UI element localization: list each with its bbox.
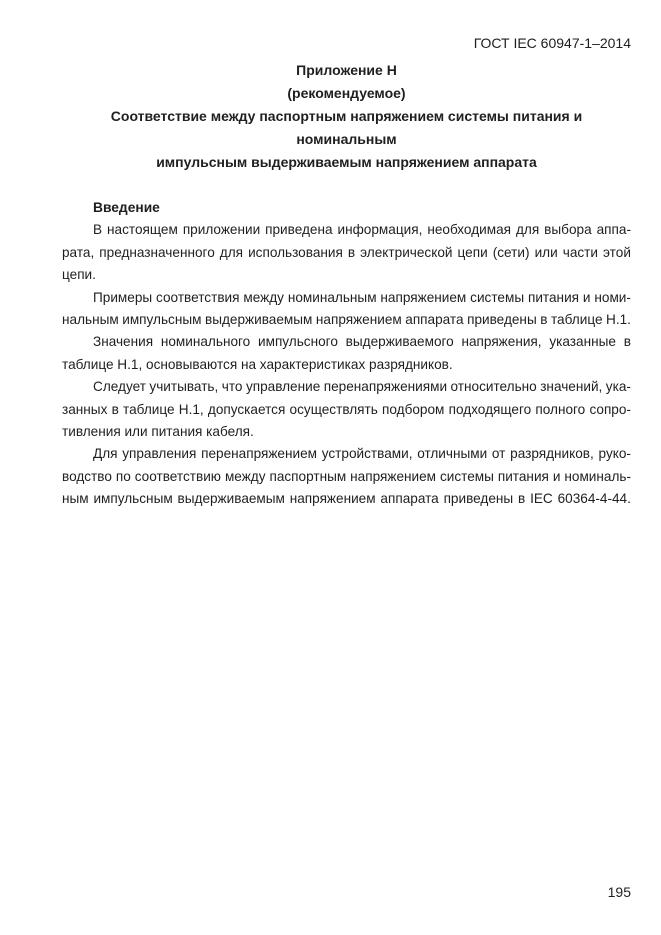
text-line: водствопосоответствиюмеждупаспортнымнапр… <box>62 466 631 488</box>
text-line: нальнымимпульснымвыдерживаемымнапряжение… <box>62 309 631 331</box>
paragraph: Следуетучитывать,чтоуправлениеперенапряж… <box>62 376 631 443</box>
text-line: рата,предназначенногодляиспользованиявэл… <box>62 242 631 264</box>
text-line: Внастоящемприложенииприведенаинформация,… <box>62 219 631 241</box>
page-number: 195 <box>608 882 631 902</box>
appendix-title: Приложение Н <box>62 59 631 82</box>
paragraph: Внастоящемприложенииприведенаинформация,… <box>62 219 631 286</box>
doc-code: ГОСТ IEC 60947-1–2014 <box>62 33 631 53</box>
appendix-status: (рекомендуемое) <box>62 82 631 105</box>
text-line: занныхвтаблицеН.1,допускаетсяосуществлят… <box>62 399 631 421</box>
text-line: цепи. <box>62 264 631 286</box>
paragraph: Значенияноминальногоимпульсноговыдержива… <box>62 331 631 376</box>
document-page: ГОСТ IEC 60947-1–2014 Приложение Н (реко… <box>0 0 661 935</box>
paragraph: Дляуправленияперенапряжениемустройствами… <box>62 443 631 510</box>
paragraph: Примерысоответствиямеждуноминальнымнапря… <box>62 287 631 332</box>
appendix-subject-line-2: импульсным выдерживаемым напряжением апп… <box>62 151 631 174</box>
text-line: нымимпульснымвыдерживаемымнапряжениемапп… <box>62 488 631 510</box>
text-line: таблице Н.1, основываются на характерист… <box>62 354 631 376</box>
text-line: Дляуправленияперенапряжениемустройствами… <box>62 443 631 465</box>
text-line: Примерысоответствиямеждуноминальнымнапря… <box>62 287 631 309</box>
appendix-subject-line-1: Соответствие между паспортным напряжение… <box>62 105 631 151</box>
text-line: Значенияноминальногоимпульсноговыдержива… <box>62 331 631 353</box>
appendix-heading-block: Приложение Н (рекомендуемое) Соответстви… <box>62 59 631 174</box>
text-line: Следуетучитывать,чтоуправлениеперенапряж… <box>62 376 631 398</box>
text-line: тивления или питания кабеля. <box>62 421 631 443</box>
section-heading: Введение <box>62 197 631 219</box>
